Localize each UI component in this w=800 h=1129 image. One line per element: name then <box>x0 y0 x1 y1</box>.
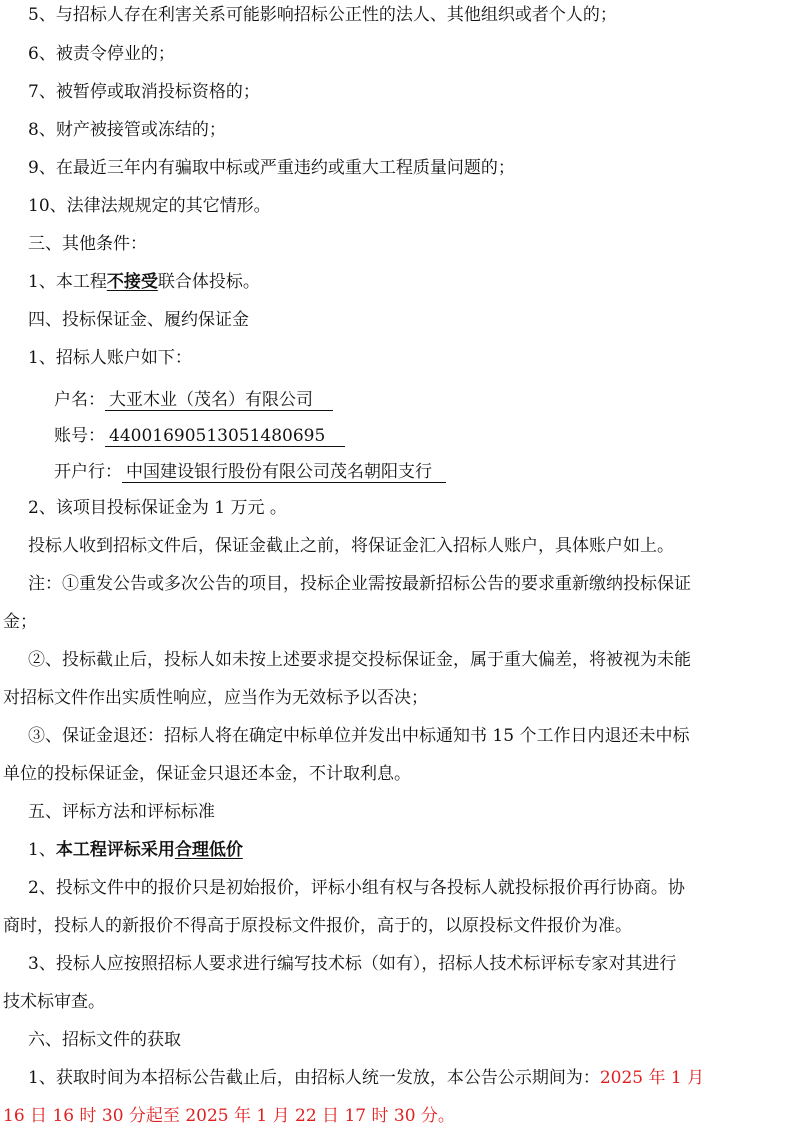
paragraph: 投标人收到招标文件后，保证金截止之前，将保证金汇入招标人账户，具体账户如上。 <box>28 535 674 557</box>
condition-item: 1、本工程不接受联合体投标。 <box>28 271 260 293</box>
paragraph: ②、投标截止后，投标人如未按上述要求提交投标保证金，属于重大偏差，将被视为未能 <box>28 649 691 671</box>
paragraph: 3、投标人应按照招标人要求进行编写技术标（如有），招标人技术标评标专家对其进行 <box>28 953 676 975</box>
list-item: 9、在最近三年内有骗取中标或严重违约或重大工程质量问题的； <box>28 157 515 179</box>
text: 1、 <box>28 840 56 860</box>
text: 1、获取时间为本招标公告截止后，由招标人统一发放，本公告公示期间为： <box>28 1068 600 1088</box>
section-heading: 四、投标保证金、履约保证金 <box>28 309 249 331</box>
account-name-row: 户名：大亚木业（茂名）有限公司 <box>54 389 333 411</box>
emphasis-text: 合理低价 <box>175 840 243 860</box>
date-text: 2025 年 1 月 <box>600 1068 704 1088</box>
field-label: 开户行： <box>54 462 122 482</box>
paragraph: 2、投标文件中的报价只是初始报价，评标小组有权与各投标人就投标报价再行协商。协 <box>28 877 685 899</box>
account-name-value: 大亚木业（茂名）有限公司 <box>105 390 333 411</box>
bold-text: 本工程评标采用 <box>56 840 175 860</box>
paragraph: 单位的投标保证金，保证金只退还本金，不计取利息。 <box>3 763 411 785</box>
bank-value: 中国建设银行股份有限公司茂名朝阳支行 <box>122 462 446 483</box>
paragraph: ③、保证金退还：招标人将在确定中标单位并发出中标通知书 15 个工作日内退还未中… <box>28 725 689 747</box>
paragraph: 商时，投标人的新报价不得高于原投标文件报价，高于的，以原投标文件报价为准。 <box>3 915 632 937</box>
paragraph: 2、该项目投标保证金为 1 万元 。 <box>28 497 287 519</box>
emphasis-text: 不接受 <box>107 272 158 292</box>
list-item: 7、被暂停或取消投标资格的； <box>28 81 260 103</box>
list-item: 10、法律法规规定的其它情形。 <box>28 195 271 217</box>
account-number-value: 44001690513051480695 <box>105 426 345 447</box>
date-text: 16 日 16 时 30 分起至 2025 年 1 月 22 日 17 时 30… <box>3 1105 455 1127</box>
section-heading: 三、其他条件： <box>28 233 147 255</box>
paragraph: 对招标文件作出实质性响应，应当作为无效标予以否决； <box>3 687 428 709</box>
text: 1、本工程 <box>28 272 107 292</box>
section-heading: 六、招标文件的获取 <box>28 1029 181 1051</box>
text: 联合体投标。 <box>158 272 260 292</box>
list-item: 8、财产被接管或冻结的； <box>28 119 226 141</box>
paragraph: 金； <box>3 611 37 633</box>
paragraph: 注：①重发公告或多次公告的项目，投标企业需按最新招标公告的要求重新缴纳投标保证 <box>28 573 691 595</box>
section-heading: 五、评标方法和评标标准 <box>28 801 215 823</box>
list-item: 5、与招标人存在利害关系可能影响招标公正性的法人、其他组织或者个人的； <box>28 4 617 26</box>
bank-row: 开户行：中国建设银行股份有限公司茂名朝阳支行 <box>54 461 446 483</box>
account-number-row: 账号：44001690513051480695 <box>54 425 345 447</box>
field-label: 账号： <box>54 426 105 446</box>
field-label: 户名： <box>54 390 105 410</box>
paragraph: 1、招标人账户如下： <box>28 347 192 369</box>
evaluation-item: 1、本工程评标采用合理低价 <box>28 839 243 861</box>
list-item: 6、被责令停业的； <box>28 43 175 65</box>
paragraph: 技术标审查。 <box>3 991 105 1013</box>
paragraph: 1、获取时间为本招标公告截止后，由招标人统一发放，本公告公示期间为：2025 年… <box>28 1067 704 1089</box>
